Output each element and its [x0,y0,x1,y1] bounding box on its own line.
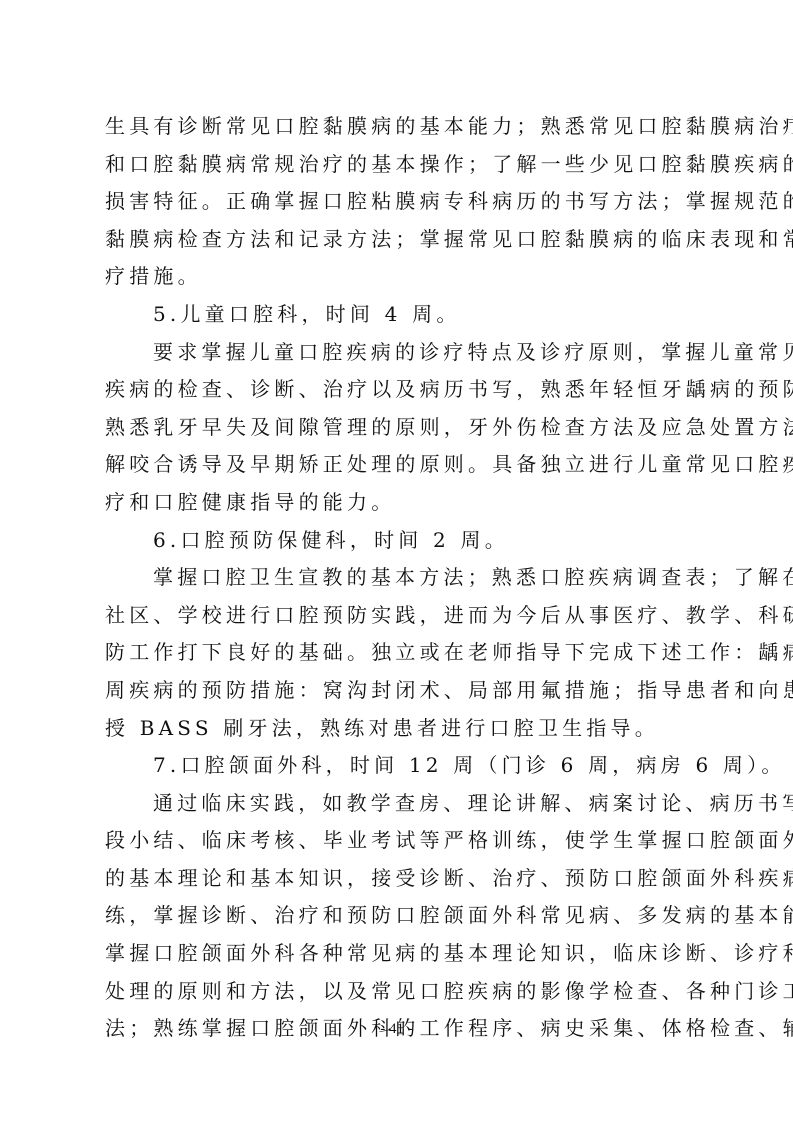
paragraph-oral-maxillofacial-surgery: 通过临床实践，如教学查房、理论讲解、病案讨论、病历书写、阶 段小结、临床考核、毕… [105,785,689,1048]
text-line: 处理的原则和方法，以及常见口腔疾病的影像学检查、各种门诊工作方 [105,973,689,1011]
section-heading-preventive-dentistry: 6.口腔预防保健科，时间 2 周。 [105,522,689,560]
page-number: - 41 - [0,1021,793,1038]
text-line: 黏膜病检查方法和记录方法；掌握常见口腔黏膜病的临床表现和常规诊 [105,221,689,259]
paragraph-preventive-dentistry: 掌握口腔卫生宣教的基本方法；熟悉口腔疾病调查表；了解在临床、 社区、学校进行口腔… [105,559,689,747]
text-line: 的基本理论和基本知识，接受诊断、治疗、预防口腔颌面外科疾病的训 [105,860,689,898]
document-body: 生具有诊断常见口腔黏膜病的基本能力；熟悉常见口腔黏膜病治疗原则 和口腔黏膜病常规… [105,108,689,1048]
text-line: 损害特征。正确掌握口腔粘膜病专科病历的书写方法；掌握规范的口腔 [105,183,689,221]
text-line: 疗措施。 [105,258,689,296]
text-line: 掌握口腔卫生宣教的基本方法；熟悉口腔疾病调查表；了解在临床、 [105,559,689,597]
text-line: 生具有诊断常见口腔黏膜病的基本能力；熟悉常见口腔黏膜病治疗原则 [105,108,689,146]
text-line: 熟悉乳牙早失及间隙管理的原则，牙外伤检查方法及应急处置方法；了 [105,409,689,447]
text-line: 解咬合诱导及早期矫正处理的原则。具备独立进行儿童常见口腔疾病诊 [105,446,689,484]
paragraph-oral-mucosa-continued: 生具有诊断常见口腔黏膜病的基本能力；熟悉常见口腔黏膜病治疗原则 和口腔黏膜病常规… [105,108,689,296]
paragraph-pediatric-dentistry: 要求掌握儿童口腔疾病的诊疗特点及诊疗原则，掌握儿童常见口腔 疾病的检查、诊断、治… [105,334,689,522]
text-line: 和口腔黏膜病常规治疗的基本操作；了解一些少见口腔黏膜疾病的基本 [105,146,689,184]
text-line: 授 BASS 刷牙法，熟练对患者进行口腔卫生指导。 [105,710,689,748]
section-heading-oral-maxillofacial-surgery: 7.口腔颌面外科，时间 12 周（门诊 6 周，病房 6 周）。 [105,747,689,785]
text-line: 疗和口腔健康指导的能力。 [105,484,689,522]
text-line: 社区、学校进行口腔预防实践，进而为今后从事医疗、教学、科研和预 [105,597,689,635]
text-line: 周疾病的预防措施：窝沟封闭术、局部用氟措施；指导患者和向患者讲 [105,672,689,710]
text-line: 疾病的检查、诊断、治疗以及病历书写，熟悉年轻恒牙龋病的预防方法， [105,371,689,409]
text-line: 掌握口腔颌面外科各种常见病的基本理论知识，临床诊断、诊疗和急救 [105,935,689,973]
text-line: 练，掌握诊断、治疗和预防口腔颌面外科常见病、多发病的基本能力； [105,897,689,935]
text-line: 要求掌握儿童口腔疾病的诊疗特点及诊疗原则，掌握儿童常见口腔 [105,334,689,372]
text-line: 段小结、临床考核、毕业考试等严格训练，使学生掌握口腔颌面外科学 [105,822,689,860]
text-line: 通过临床实践，如教学查房、理论讲解、病案讨论、病历书写、阶 [105,785,689,823]
section-heading-pediatric-dentistry: 5.儿童口腔科，时间 4 周。 [105,296,689,334]
text-line: 防工作打下良好的基础。独立或在老师指导下完成下述工作：龋病、牙 [105,634,689,672]
